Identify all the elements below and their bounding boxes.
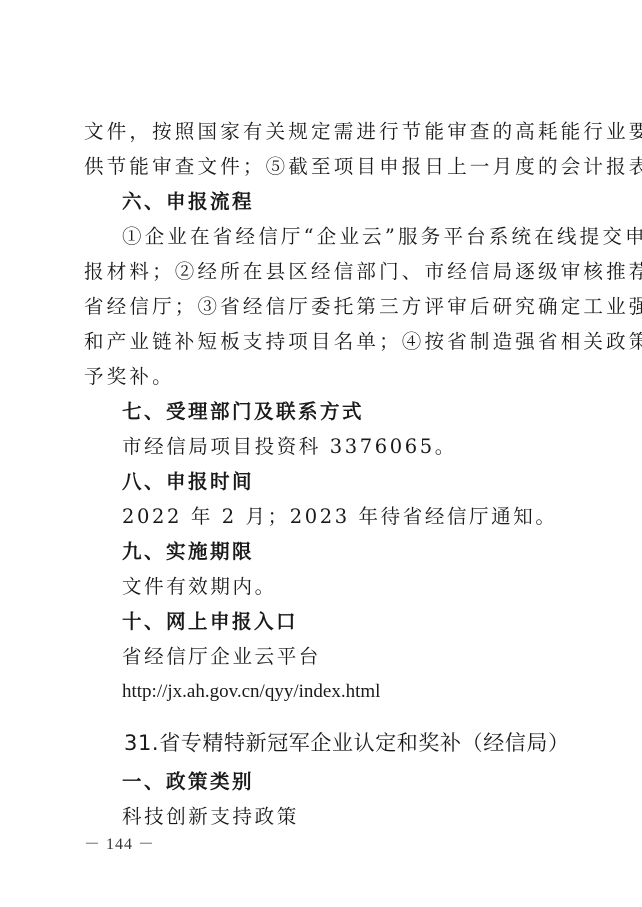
page-number: － 144 － [84, 831, 155, 854]
platform-url-link[interactable]: http://jx.ah.gov.cn/qyy/index.html [122, 680, 602, 704]
policy-title-31: 31.省专精特新冠军企业认定和奖补（经信局） [124, 731, 604, 755]
section-heading-6: 六、申报流程 [122, 190, 602, 214]
policy-category: 科技创新支持政策 [122, 805, 602, 829]
section-heading-1: 一、政策类别 [122, 770, 602, 794]
paragraph-line: 报材料；②经所在县区经信部门、市经信局逐级审核推荐至 [84, 260, 564, 284]
section-heading-10: 十、网上申报入口 [122, 610, 602, 634]
application-time: 2022 年 2 月；2023 年待省经信厅通知。 [122, 505, 602, 529]
paragraph-line: 予奖补。 [84, 365, 564, 389]
paragraph-line: 省经信厅；③省经信厅委托第三方评审后研究确定工业强基 [84, 295, 564, 319]
validity-period: 文件有效期内。 [122, 575, 602, 599]
section-heading-9: 九、实施期限 [122, 540, 602, 564]
paragraph-line: ①企业在省经信厅“企业云”服务平台系统在线提交申 [122, 225, 602, 249]
section-heading-7: 七、受理部门及联系方式 [122, 400, 602, 424]
paragraph-line: 和产业链补短板支持项目名单；④按省制造强省相关政策给 [84, 330, 564, 354]
contact-info: 市经信局项目投资科 3376065。 [122, 435, 602, 459]
paragraph-line: 供节能审查文件；⑤截至项目申报日上一月度的会计报表。 [84, 155, 564, 179]
paragraph-line: 文件，按照国家有关规定需进行节能审查的高耗能行业要提 [84, 120, 564, 144]
section-heading-8: 八、申报时间 [122, 470, 602, 494]
platform-name: 省经信厅企业云平台 [122, 645, 602, 669]
document-page: 文件，按照国家有关规定需进行节能审查的高耗能行业要提 供节能审查文件；⑤截至项目… [0, 0, 642, 907]
